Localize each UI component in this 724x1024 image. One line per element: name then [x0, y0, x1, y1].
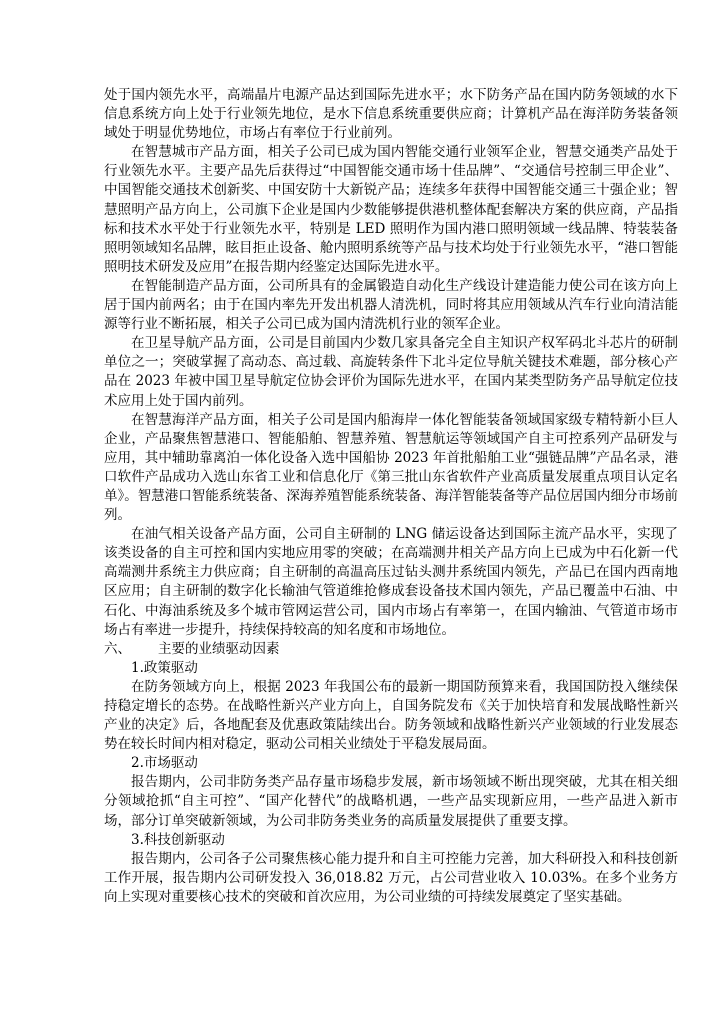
paragraph-oil-gas-equipment-products: 在油气相关设备产品方面，公司自主研制的 LNG 储运设备达到国际主流产品水平，实…	[104, 525, 678, 640]
report-page: 处于国内领先水平，高端晶片电源产品达到国际先进水平；水下防务产品在国内防务领域的…	[0, 0, 724, 1024]
paragraph-tech-innovation-driver: 报告期内，公司各子公司聚焦核心能力提升和自主可控能力完善，加大科研投入和科技创新…	[104, 850, 678, 907]
section-heading-number: 六、	[104, 641, 131, 657]
section-heading-title: 主要的业绩驱动因素	[158, 641, 280, 657]
paragraph-policy-driver: 在防务领域方向上，根据 2023 年我国公布的最新一期国防预算来看，我国国防投入…	[104, 678, 678, 754]
section-heading-performance-drivers: 六、主要的业绩驱动因素	[104, 640, 678, 659]
subheading-market-driver: 2.市场驱动	[104, 754, 678, 773]
paragraph-smart-manufacturing-products: 在智能制造产品方面，公司所具有的金属锻造自动化生产线设计建造能力使公司在该方向上…	[104, 277, 678, 334]
paragraph-satellite-navigation-products: 在卫星导航产品方面，公司是目前国内少数几家具备完全自主知识产权军码北斗芯片的研制…	[104, 334, 678, 410]
subheading-tech-innovation-driver: 3.科技创新驱动	[104, 831, 678, 850]
subheading-policy-driver: 1.政策驱动	[104, 659, 678, 678]
paragraph-defense-products-continuation: 处于国内领先水平，高端晶片电源产品达到国际先进水平；水下防务产品在国内防务领域的…	[104, 86, 678, 143]
paragraph-market-driver: 报告期内，公司非防务类产品存量市场稳步发展，新市场领域不断出现突破，尤其在相关细…	[104, 773, 678, 830]
paragraph-smart-city-products: 在智慧城市产品方面，相关子公司已成为国内智能交通行业领军企业，智慧交通类产品处于…	[104, 143, 678, 277]
paragraph-smart-ocean-products: 在智慧海洋产品方面，相关子公司是国内船海岸一体化智能装备领域国家级专精特新小巨人…	[104, 411, 678, 526]
report-text-block: 处于国内领先水平，高端晶片电源产品达到国际先进水平；水下防务产品在国内防务领域的…	[104, 86, 678, 907]
